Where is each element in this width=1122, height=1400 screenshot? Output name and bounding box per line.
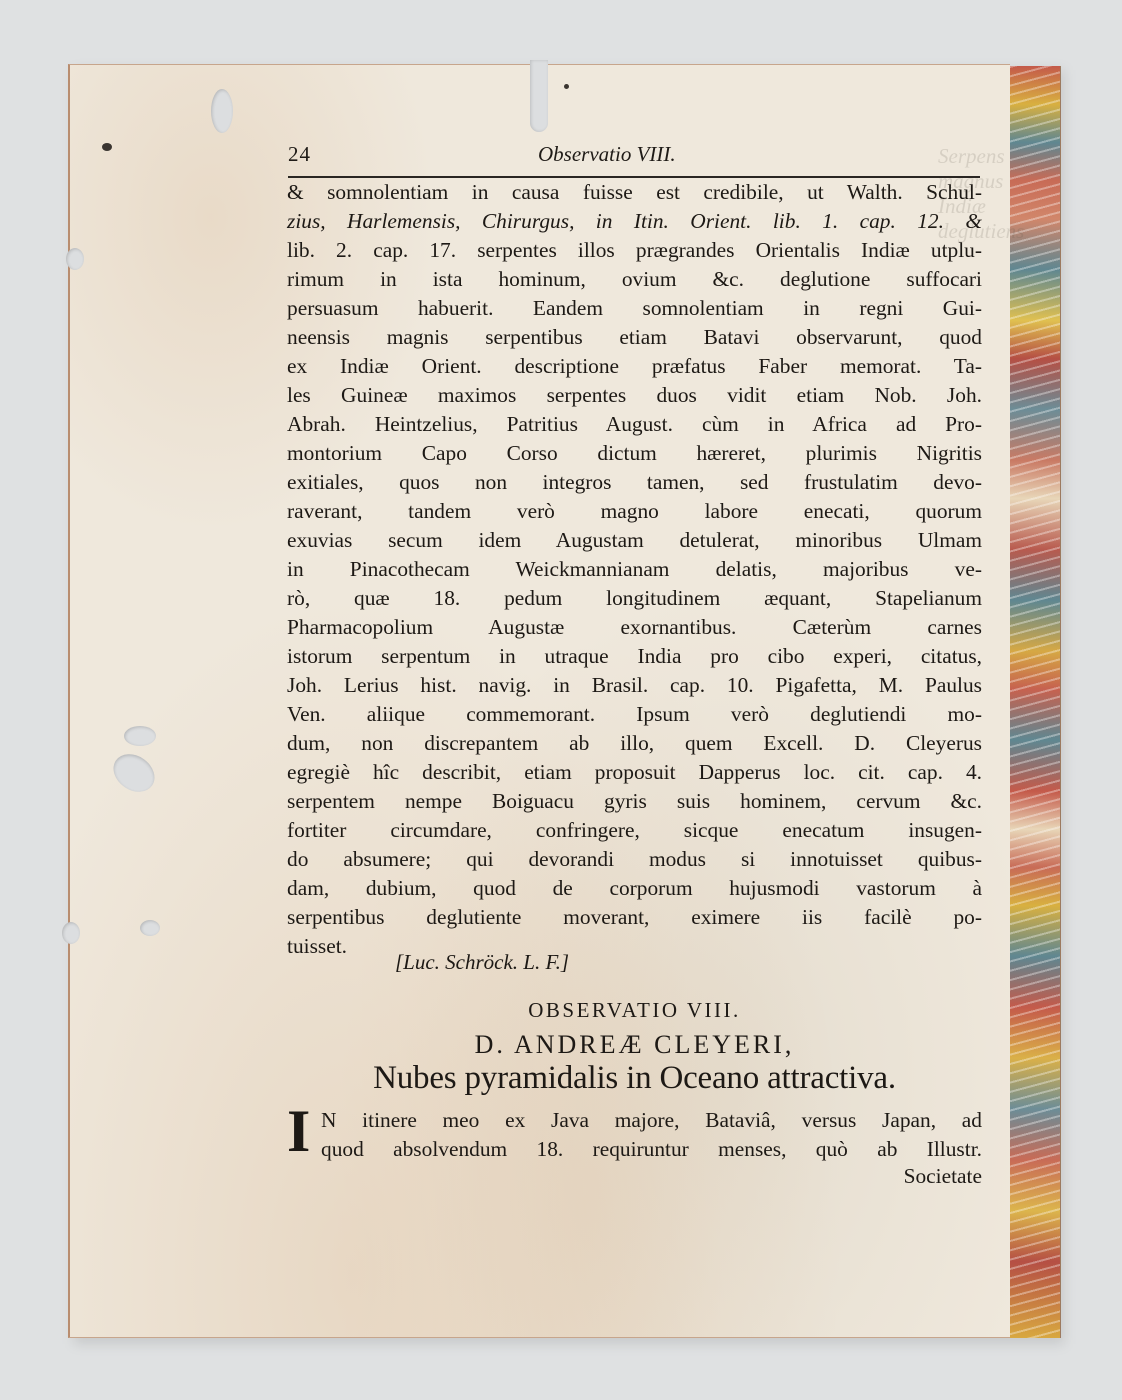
text-line: exuvias secum idem Augustam detulerat, m…	[287, 526, 982, 555]
body-text: & somnolentiam in causa fuisse est credi…	[287, 178, 982, 961]
worm-hole	[66, 248, 84, 270]
text-line: egregiè hîc describit, etiam proposuit D…	[287, 758, 982, 787]
page-header: 24 Observatio VIII. Serpens magnus Indiæ…	[288, 140, 980, 178]
text-line: Pharmacopolium Augustæ exornantibus. Cæt…	[287, 613, 982, 642]
text-line: rimum in ista hominum, ovium &c. degluti…	[287, 265, 982, 294]
text-line: do absumere; qui devorandi modus si inno…	[287, 845, 982, 874]
text-line: serpentem nempe Boiguacu gyris suis homi…	[287, 787, 982, 816]
worm-hole	[124, 726, 156, 746]
text-line: lib. 2. cap. 17. serpentes illos prægran…	[287, 236, 982, 265]
text-line: quod absolvendum 18. requiruntur menses,…	[321, 1135, 982, 1164]
worm-hole	[62, 922, 80, 944]
text-line: neensis magnis serpentibus etiam Batavi …	[287, 323, 982, 352]
text-line: les Guineæ maximos serpentes duos vidit …	[287, 381, 982, 410]
text-line: persuasum habuerit. Eandem somnolentiam …	[287, 294, 982, 323]
text-line: Ven. aliique commemorant. Ipsum verò deg…	[287, 700, 982, 729]
author-heading: D. ANDREÆ CLEYERI,	[287, 1030, 982, 1060]
running-head: Observatio VIII.	[538, 142, 676, 167]
observation-heading: OBSERVATIO VIII.	[287, 998, 982, 1023]
text-line: Abrah. Heintzelius, Patritius August. cù…	[287, 410, 982, 439]
worm-hole	[211, 89, 233, 133]
observation-title: Nubes pyramidalis in Oceano attractiva.	[287, 1060, 982, 1097]
text-line: montorium Capo Corso dictum hæreret, plu…	[287, 439, 982, 468]
page-number: 24	[288, 142, 311, 167]
signature: [Luc. Schröck. L. F.]	[395, 950, 569, 975]
text-line: in Pinacothecam Weickmannianam delatis, …	[287, 555, 982, 584]
text-line: exitiales, quos non integros tamen, sed …	[287, 468, 982, 497]
text-line: Joh. Lerius hist. navig. in Brasil. cap.…	[287, 671, 982, 700]
page-tear-notch	[530, 60, 548, 132]
text-line: istorum serpentum in utraque India pro c…	[287, 642, 982, 671]
worm-hole	[140, 920, 160, 936]
text-line: dam, dubium, quod de corporum hujusmodi …	[287, 874, 982, 903]
marbled-edge	[1010, 66, 1061, 1338]
ink-speck	[102, 143, 112, 151]
text-line: raverant, tandem verò magno labore eneca…	[287, 497, 982, 526]
text-line: N itinere meo ex Java majore, Bataviâ, v…	[321, 1106, 982, 1135]
text-line: tuisset.	[287, 932, 982, 961]
ink-speck	[564, 84, 569, 89]
catchword: Societate	[904, 1164, 982, 1189]
text-line: zius, Harlemensis, Chirurgus, in Itin. O…	[287, 207, 982, 236]
text-line: fortiter circumdare, confringere, sicque…	[287, 816, 982, 845]
text-line: dum, non discrepantem ab illo, quem Exce…	[287, 729, 982, 758]
text-line: ex Indiæ Orient. descriptione præfatus F…	[287, 352, 982, 381]
drop-cap: I	[287, 1102, 310, 1160]
text-line: serpentibus deglutiente moverant, eximer…	[287, 903, 982, 932]
text-line: rò, quæ 18. pedum longitudinem æquant, S…	[287, 584, 982, 613]
text-line: & somnolentiam in causa fuisse est credi…	[287, 178, 982, 207]
